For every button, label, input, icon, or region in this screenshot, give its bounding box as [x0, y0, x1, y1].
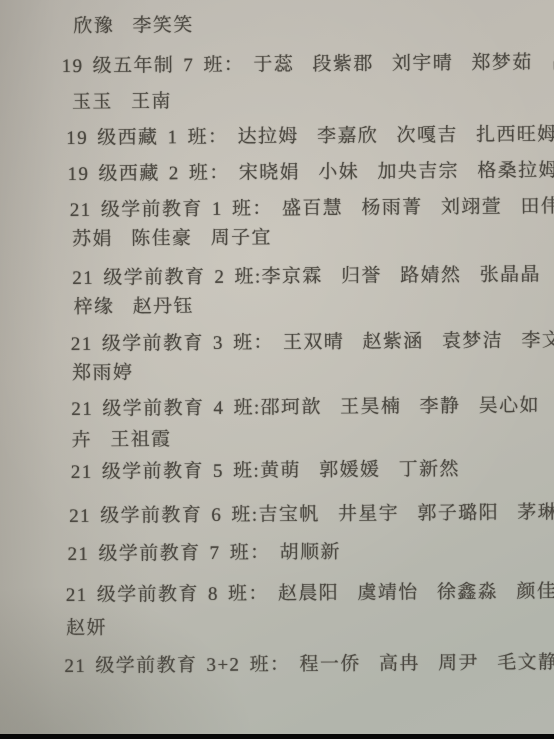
text-line: 21 级学前教育 5 班:黄萌 郭媛媛 丁新然: [71, 459, 460, 484]
text-line: 苏娟 陈佳豪 周子宜: [72, 227, 272, 251]
text-line: 21 级学前教育 3+2 班： 程一侨 高冉 周尹 毛文静 邓妍 王: [64, 651, 554, 678]
document-photo: 欣豫 李笑笑 19 级五年制 7 班： 于蕊 段紫郡 刘宇晴 郑梦茹 吕思思 乔…: [0, 0, 554, 739]
text-line: 21 级学前教育 2 班:李京霖 归誉 路婧然 张晶晶 马文娟 王: [72, 263, 554, 290]
text-line: 郑雨婷: [72, 363, 133, 385]
text-line: 卉 王祖霞: [72, 429, 172, 452]
text-line: 玉玉 王南: [72, 91, 172, 114]
roster-text: 欣豫 李笑笑 19 级五年制 7 班： 于蕊 段紫郡 刘宇晴 郑梦茹 吕思思 乔…: [0, 0, 554, 739]
text-line: 21 级学前教育 6 班:吉宝帆 井星宇 郭子璐阳 茅琳晗 金琳: [69, 502, 554, 528]
text-line: 21 级学前教育 8 班： 赵晨阳 虞靖怡 徐鑫淼 颜佳丽 安梓萌: [66, 580, 554, 607]
text-line: 21 级学前教育 3 班： 王双晴 赵紫涵 袁梦洁 李文雅 唐敏族: [71, 329, 554, 356]
photo-bottom-edge: [0, 734, 554, 739]
text-line: 梓缘 赵丹钰: [74, 296, 194, 319]
text-line: 21 级学前教育 1 班： 盛百慧 杨雨菁 刘翊萱 田伟 耿雪 姚: [70, 195, 554, 222]
text-line: 19 级西藏 2 班： 宋晓娟 小妹 加央吉宗 格桑拉姆: [67, 160, 554, 186]
text-line: 21 级学前教育 7 班： 胡顺新: [67, 542, 340, 566]
text-line: 19 级五年制 7 班： 于蕊 段紫郡 刘宇晴 郑梦茹 吕思思 乔: [62, 51, 554, 78]
text-line: 赵妍: [66, 618, 107, 640]
text-line: 欣豫 李笑笑: [73, 15, 193, 38]
text-line: 19 级西藏 1 班： 达拉姆 李嘉欣 次嘎吉 扎西旺姆 扎西拥措: [66, 123, 554, 150]
text-line: 21 级学前教育 4 班:邵珂歆 王昊楠 李静 吴心如 许文静 荆: [71, 394, 554, 421]
